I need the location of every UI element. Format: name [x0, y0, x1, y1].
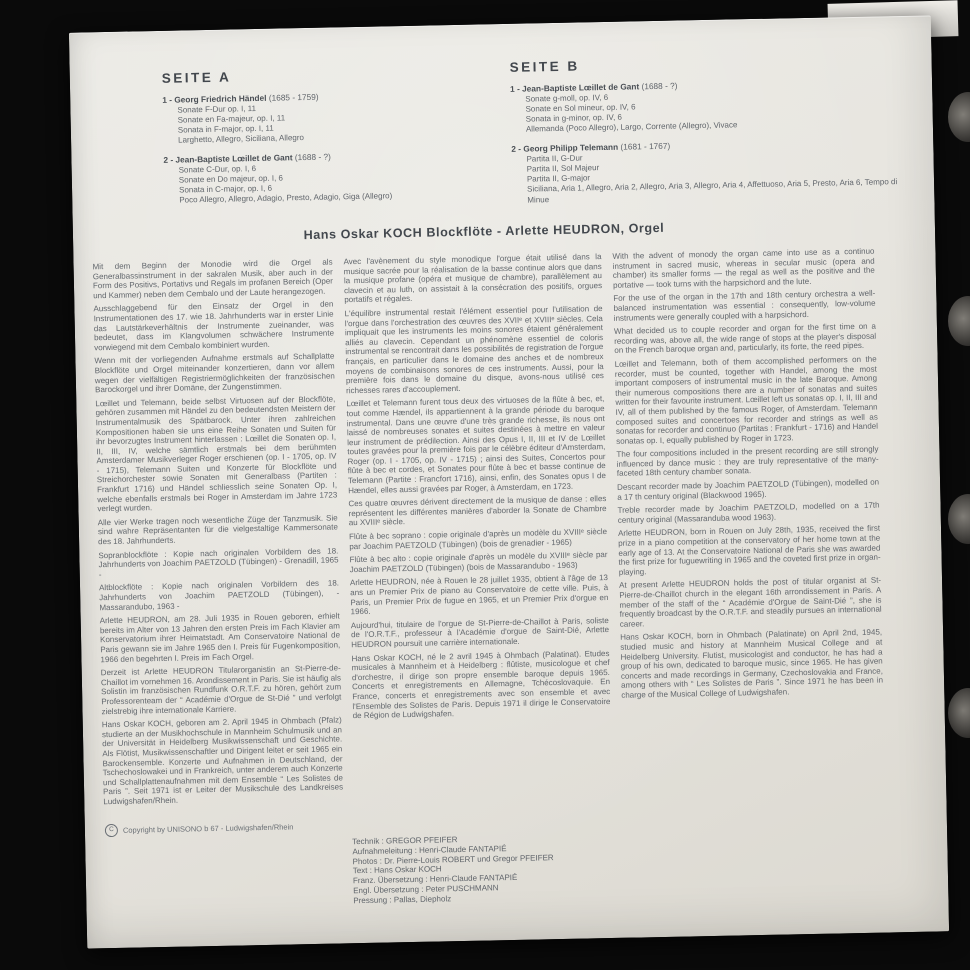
composer-name: Jean-Baptiste Lœillet de Gant [175, 153, 292, 165]
liner-notes-paragraph: Sopranblockflöte : Kopie nach originalen… [98, 546, 339, 580]
composer-dates: (1688 - ?) [295, 152, 331, 163]
liner-notes-paragraph: The four compositions included in the pr… [616, 445, 879, 479]
record-sleeve-back-cover: SEITE A 1 - Georg Friedrich Händel (1685… [69, 15, 949, 948]
liner-notes-paragraph: Derzeit ist Arlette HEUDRON Titularorgan… [101, 664, 342, 717]
liner-notes-english: With the advent of monody the organ came… [612, 247, 885, 801]
composer-name: Georg Friedrich Händel [174, 93, 266, 105]
liner-notes-paragraph: Lœillet und Telemann, beide selbst Virtu… [95, 394, 337, 514]
track-entry: 2 - Georg Philipp Telemann (1681 - 1767)… [511, 136, 904, 205]
composer-dates: (1681 - 1767) [620, 141, 670, 152]
liner-notes-paragraph: Descant recorder made by Joachim PAETZOL… [617, 478, 879, 502]
liner-notes-paragraph: Lœillet and Telemann, both of them accom… [615, 355, 879, 447]
track-title-lines: Sonate F-Dur op. I, 11Sonate en Fa-majeu… [162, 99, 499, 147]
equipment-knob-icon [948, 494, 970, 544]
liner-notes-paragraph: Arlette HEUDRON, am 28. Juli 1935 in Rou… [100, 612, 341, 665]
liner-notes-paragraph: With the advent of monody the organ came… [612, 247, 875, 291]
composer-dates: (1688 - ?) [641, 81, 677, 92]
liner-notes-paragraph: Mit dem Beginn der Monodie wird die Orge… [93, 257, 334, 300]
liner-notes-paragraph: Hans Oskar KOCH, born in Ohmbach (Palati… [620, 628, 883, 700]
side-b-tracks: 1 - Jean-Baptiste Lœillet de Gant (1688 … [510, 76, 904, 206]
liner-notes-paragraph: L'équilibre instrumental restait l'éléme… [344, 304, 604, 396]
performers-line: Hans Oskar KOCH Blockflöte - Arlette HEU… [73, 216, 895, 246]
liner-notes-paragraph: Altblockflöte : Kopie nach originalen Vo… [99, 579, 340, 613]
liner-notes-paragraph: Hans Oskar KOCH, geboren am 2. April 194… [102, 716, 344, 807]
equipment-knob-icon [948, 296, 970, 346]
liner-notes-paragraph: Ausschlaggebend für den Einsatz der Orge… [93, 300, 334, 353]
liner-notes-paragraph: Flûte à bec soprano : copie originale d'… [349, 527, 607, 551]
liner-notes-paragraph: Ces quatre œuvres dérivent directement d… [348, 494, 607, 528]
equipment-knob-icon [948, 688, 970, 738]
liner-notes-german: Mit dem Beginn der Monodie wird die Orge… [93, 257, 344, 810]
side-b-tracklist: SEITE B 1 - Jean-Baptiste Lœillet de Gan… [510, 52, 905, 215]
track-entry: 1 - Jean-Baptiste Lœillet de Gant (1688 … [510, 76, 903, 135]
track-title-lines: Partita II, G-DurPartita II, Sol MajeurP… [511, 147, 904, 206]
liner-notes-paragraph: Arlette HEUDRON, born in Rouen on July 2… [618, 524, 881, 577]
liner-notes-paragraph: Hans Oskar KOCH, né le 2 avril 1945 à Oh… [351, 649, 610, 721]
track-title-lines: Sonate C-Dur, op. I, 6Sonate en Do majeu… [164, 159, 501, 207]
liner-notes-paragraph: Aujourd'hui, titulaire de l'orgue de St-… [351, 616, 610, 650]
copyright-symbol-icon: C [105, 824, 118, 837]
copyright-text: Copyright by UNISONO b 67 - Ludwigshafen… [123, 822, 294, 834]
track-number: 1 - [162, 95, 172, 105]
side-a-tracklist: SEITE A 1 - Georg Friedrich Händel (1685… [162, 64, 501, 215]
composer-name: Georg Philipp Telemann [523, 142, 618, 154]
composer-name: Jean-Baptiste Lœillet de Gant [522, 81, 639, 93]
liner-notes: Mit dem Beginn der Monodie wird die Orge… [93, 247, 886, 811]
track-number: 1 - [510, 84, 520, 94]
side-a-heading: SEITE A [162, 64, 498, 86]
track-entry: 2 - Jean-Baptiste Lœillet de Gant (1688 … [163, 148, 500, 206]
side-b-heading: SEITE B [510, 52, 902, 75]
liner-notes-paragraph: What decided us to couple recorder and o… [614, 322, 877, 356]
liner-notes-paragraph: Avec l'avènement du style monodique l'or… [343, 252, 602, 305]
track-number: 2 - [511, 144, 521, 154]
track-number: 2 - [163, 155, 173, 165]
liner-notes-paragraph: Wenn mit der vorliegenden Aufnahme erstm… [94, 352, 335, 395]
track-entry: 1 - Georg Friedrich Händel (1685 - 1759)… [162, 88, 499, 146]
side-a-tracks: 1 - Georg Friedrich Händel (1685 - 1759)… [162, 88, 500, 206]
liner-notes-paragraph: At present Arlette HEUDRON holds the pos… [619, 576, 882, 629]
photo-background: SEITE A 1 - Georg Friedrich Händel (1685… [0, 0, 970, 970]
equipment-knob-icon [948, 92, 970, 142]
composer-dates: (1685 - 1759) [269, 92, 319, 103]
liner-notes-paragraph: For the use of the organ in the 17th and… [613, 289, 876, 323]
liner-notes-paragraph: Arlette HEUDRON, née à Rouen le 28 juill… [350, 573, 609, 617]
liner-notes-paragraph: Treble recorder made by Joachim PAETZOLD… [618, 501, 880, 525]
copyright-line: C Copyright by UNISONO b 67 - Ludwigshaf… [105, 820, 294, 837]
track-title-lines: Sonate g-moll, op. IV, 6Sonate en Sol mi… [510, 87, 903, 136]
production-credits: Technik : GREGOR PFEIFERAufnahmeleitung … [352, 833, 554, 906]
liner-notes-french: Avec l'avènement du style monodique l'or… [343, 252, 612, 806]
liner-notes-paragraph: Alle vier Werke tragen noch wesentliche … [98, 513, 339, 547]
liner-notes-paragraph: Flûte à bec alto : copie originale d'apr… [349, 550, 607, 574]
liner-notes-paragraph: Lœillet et Telemann furent tous deux des… [346, 394, 606, 495]
